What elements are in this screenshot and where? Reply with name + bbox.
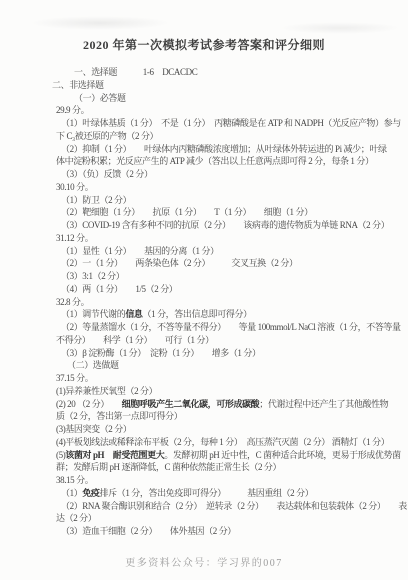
document-line: 31.12 分。 [0, 232, 408, 245]
emphasized-text-segment: 信息 [125, 309, 142, 319]
document-line: （4）两（1 分） 1/5（2 分） [0, 283, 408, 296]
scan-artifact [280, 22, 400, 34]
document-line: （2）抑制（1 分） 叶绿体内丙糖磷酸浓度增加；从叶绿体外转运进的 Pi 减少；… [0, 143, 408, 156]
text-segment: 群；发酵后期 pH 逐渐降低，C 菌种依然能正常生长（2 分） [56, 462, 281, 472]
text-segment: 二、非选择题 [52, 80, 104, 90]
document-line: 32.8 分。 [0, 296, 408, 309]
document-line: 达（2 分） [0, 512, 408, 525]
text-segment: (2) 20 （2 分） [56, 399, 122, 409]
document-line: 29.9 分。 [0, 104, 408, 117]
text-segment: 30.10 分。 [56, 182, 93, 192]
document-line: （1）防卫（2 分） [0, 194, 408, 207]
document-line: 体中淀粉积累；光反应产生的 ATP 减少（答出以上任意两点即可得 2 分，每条 … [0, 155, 408, 168]
text-segment: （1 分，答出信息即可得分） [143, 309, 252, 319]
text-segment: （二）选做题 [67, 360, 119, 370]
document-line: （3）（负）反馈（2 分） [0, 168, 408, 181]
text-segment: 不得分） 科学（1 分） 可行（1 分） [56, 335, 214, 345]
text-segment: （1）叶绿体基质（1 分） 不是（1 分） 丙糖磷酸是在 ATP 和 NADPH… [61, 118, 401, 128]
document-line: （3）造血干细胞（2 分） 体外基因（2 分） [0, 525, 408, 538]
emphasized-text-segment: 细胞呼吸产生二氧化碳，可形成碳酸 [122, 399, 260, 409]
text-segment: 下 C₃被还原的产物（2 分） [56, 131, 158, 141]
footer-wechat-account-note: 更多资料公众号：学习界的007 [0, 554, 408, 569]
document-line: (1)异养兼性厌氧型（2 分） [0, 385, 408, 398]
text-segment: （4）两（1 分） 1/5（2 分） [61, 284, 177, 294]
text-segment: 32.8 分。 [56, 297, 89, 307]
text-segment: 一、选择题 1-6 DCACDC [74, 67, 197, 77]
text-segment: ；代谢过程中还产生了其他酸性物 [259, 399, 388, 409]
document-line: （3）β 淀粉酶（1 分） 淀粉（1 分） 增多（1 分） [0, 347, 408, 360]
document-line: (4)平板划线法或稀释涂布平板（2 分，每种 1 分） 高压蒸汽灭菌（2 分） … [0, 436, 408, 449]
text-segment: （一）必答题 [74, 93, 126, 103]
document-line: 不得分） 科学（1 分） 可行（1 分） [0, 334, 408, 347]
document-line: （2）一（1 分） 两条染色体（2 分） 交叉互换（2 分） [0, 257, 408, 270]
text-segment: （2）抑制（1 分） 叶绿体内丙糖磷酸浓度增加；从叶绿体外转运进的 Pi 减少；… [61, 144, 387, 154]
document-line: （1）显性（1 分） 基因的分离（1 分） [0, 245, 408, 258]
text-segment: （2）等量蒸馏水（1 分，不答等量不得分） 等量 100mmol/L NaCl … [61, 322, 401, 332]
emphasized-text-segment: 免疫 [82, 488, 99, 498]
document-line: （2）RNA 聚合酶识别和结合（2 分） 逆转录（2 分） 表达载体和包装载体（… [0, 500, 408, 513]
text-segment: （2）一（1 分） 两条染色体（2 分） 交叉互换（2 分） [61, 258, 298, 268]
document-line: （3）COVID-19 含有多种不同的抗原（2 分） 该病毒的遗传物质为单链 R… [0, 219, 408, 232]
document-line: （1）调节代谢的信息（1 分，答出信息即可得分） [0, 308, 408, 321]
text-segment: （2）RNA 聚合酶识别和结合（2 分） 逆转录（2 分） 表达载体和包装载体（… [61, 501, 407, 511]
document-line: 群；发酵后期 pH 逐渐降低，C 菌种依然能正常生长（2 分） [0, 461, 408, 474]
document-line: 38.15 分。 [0, 474, 408, 487]
text-segment: 。发酵初期 pH 近中性，C 菌种适合此环境，更易于形成优势菌 [164, 450, 400, 460]
text-segment: （3）（负）反馈（2 分） [61, 169, 153, 179]
document-line: （1）免疫排斥（1 分，答出免疫即可得分） 基因重组（2 分） [0, 487, 408, 500]
document-line: （3）3:1（2 分） [0, 270, 408, 283]
text-segment: (5) [56, 450, 65, 460]
document-line: （一）必答题 [0, 92, 408, 105]
text-segment: （3）β 淀粉酶（1 分） 淀粉（1 分） 增多（1 分） [61, 348, 261, 358]
text-segment: （3）造血干细胞（2 分） 体外基因（2 分） [61, 526, 236, 536]
text-segment: （1）调节代谢的 [61, 309, 125, 319]
document-line: (3)基因突变（2 分） [0, 423, 408, 436]
document-line: (5)该菌对 pH 耐受范围更大。发酵初期 pH 近中性，C 菌种适合此环境，更… [0, 449, 408, 462]
document-line: 下 C₃被还原的产物（2 分） [0, 130, 408, 143]
text-segment: 29.9 分。 [56, 105, 89, 115]
text-segment: （1） [61, 488, 82, 498]
text-segment: (4)平板划线法或稀释涂布平板（2 分，每种 1 分） 高压蒸汽灭菌（2 分） … [56, 437, 389, 447]
text-segment: （1）显性（1 分） 基因的分离（1 分） [61, 246, 219, 256]
document-line: 37.15 分。 [0, 372, 408, 385]
text-segment: （3）COVID-19 含有多种不同的抗原（2 分） 该病毒的遗传物质为单链 R… [61, 220, 389, 230]
scanned-answer-sheet-page: 2020 年第一次模拟考试参考答案和评分细则 一、选择题 1-6 DCACDC二… [0, 0, 408, 580]
text-segment: 31.12 分。 [56, 233, 93, 243]
text-segment: (3)基因突变（2 分） [56, 424, 131, 434]
text-segment: (1)异养兼性厌氧型（2 分） [56, 386, 157, 396]
document-line: 质（2 分，答出第一点即可得分） [0, 410, 408, 423]
text-segment: 排斥（1 分，答出免疫即可得分） 基因重组（2 分） [100, 488, 314, 498]
document-line: 二、非选择题 [0, 79, 408, 92]
document-body: 一、选择题 1-6 DCACDC二、非选择题（一）必答题29.9 分。（1）叶绿… [0, 66, 408, 538]
text-segment: 体中淀粉积累；光反应产生的 ATP 减少（答出以上任意两点即可得 2 分，每条 … [56, 156, 374, 166]
document-line: 一、选择题 1-6 DCACDC [0, 66, 408, 79]
document-line: （二）选做题 [0, 359, 408, 372]
document-line: 30.10 分。 [0, 181, 408, 194]
text-segment: 达（2 分） [56, 513, 96, 523]
document-title: 2020 年第一次模拟考试参考答案和评分细则 [0, 36, 408, 53]
text-segment: 37.15 分。 [56, 373, 93, 383]
text-segment: （1）防卫（2 分） [61, 195, 131, 205]
document-line: （2）等量蒸馏水（1 分，不答等量不得分） 等量 100mmol/L NaCl … [0, 321, 408, 334]
text-segment: （3）3:1（2 分） [61, 271, 124, 281]
text-segment: 38.15 分。 [56, 475, 93, 485]
document-line: （1）叶绿体基质（1 分） 不是（1 分） 丙糖磷酸是在 ATP 和 NADPH… [0, 117, 408, 130]
emphasized-text-segment: 该菌对 pH 耐受范围更大 [65, 450, 164, 460]
document-line: （2）靶细胞（1 分） 抗原（1 分） T（1 分） 细胞（1 分） [0, 206, 408, 219]
text-segment: （2）靶细胞（1 分） 抗原（1 分） T（1 分） 细胞（1 分） [61, 207, 313, 217]
document-line: (2) 20 （2 分） 细胞呼吸产生二氧化碳，可形成碳酸；代谢过程中还产生了其… [0, 398, 408, 411]
text-segment: 质（2 分，答出第一点即可得分） [56, 411, 182, 421]
scan-artifact [30, 16, 170, 30]
